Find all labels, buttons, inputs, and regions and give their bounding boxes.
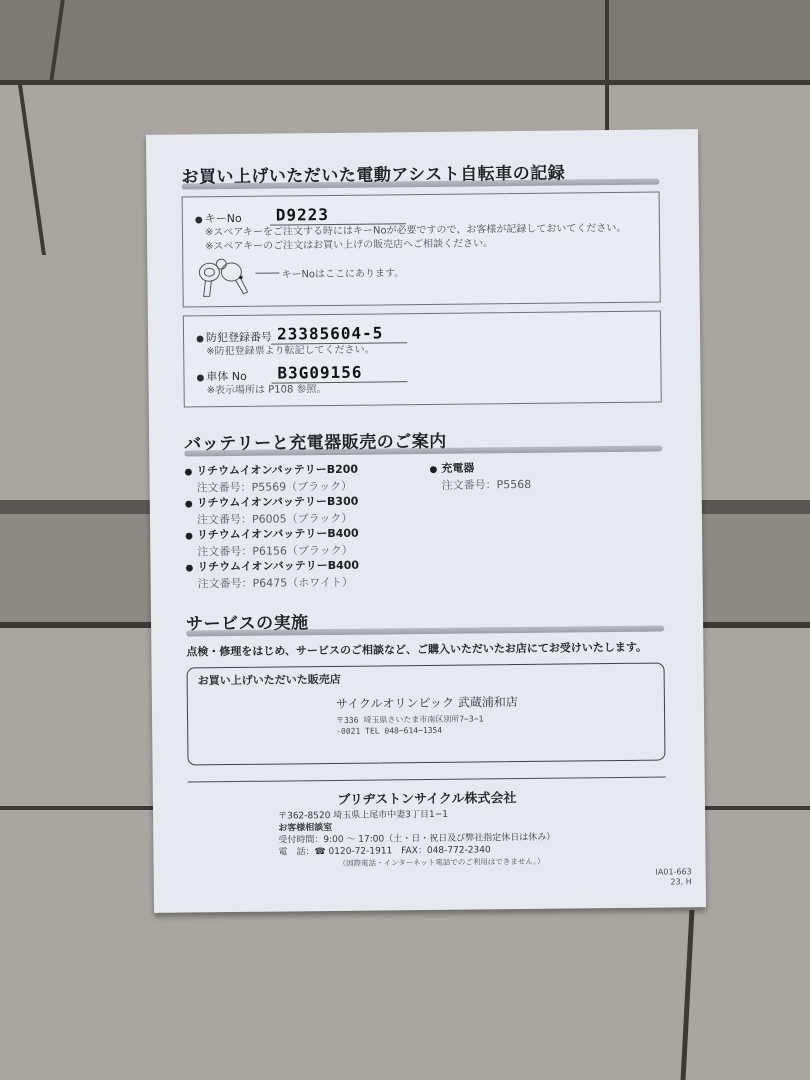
list-item: ●リチウムイオンバッテリーB400 注文番号：P6156（ブラック） [185, 525, 430, 560]
footer-divider [188, 777, 666, 783]
section-title-battery: バッテリーと充電器販売のご案内 [184, 425, 662, 458]
contact-info: 〒362-8520 埼玉県上尾市中妻3丁目1−1 お客様相談室 受付時間：9:0… [278, 807, 667, 871]
crime-registration-value: 23385604-5 [271, 324, 407, 344]
list-item: ●リチウムイオンバッテリーB300 注文番号：P6005（ブラック） [185, 493, 430, 528]
service-description: 点検・修理をはじめ、サービスのご相談など、ご購入いただいたお店にてお受けいたしま… [186, 639, 664, 660]
dealer-name-stamp: サイクルオリンピック 武蔵浦和店 [336, 693, 518, 712]
list-item: ●リチウムイオンバッテリーB400 注文番号：P6475（ホワイト） [185, 557, 430, 592]
battery-name: リチウムイオンバッテリーB300 [197, 495, 359, 510]
dealer-title: お買い上げいただいた販売店 [198, 668, 654, 689]
battery-name: リチウムイオンバッテリーB200 [196, 463, 358, 478]
charger-item: ●充電器 注文番号：P5568 [429, 460, 532, 589]
section-title-service: サービスの実施 [186, 605, 664, 638]
battery-name: リチウムイオンバッテリーB400 [197, 527, 359, 542]
document-code: IA01-663 23, H [655, 867, 691, 887]
battery-list: ●リチウムイオンバッテリーB200 注文番号：P5569（ブラック） ●リチウム… [184, 459, 663, 592]
section-title-record: お買い上げいただいた電動アシスト自転車の記録 [181, 158, 659, 191]
bullet-icon: ● [196, 373, 204, 383]
bullet-icon: ● [185, 531, 193, 541]
dealer-box: お買い上げいただいた販売店 サイクルオリンピック 武蔵浦和店 〒336 埼玉県さ… [187, 663, 666, 766]
key-number-box: ●キーNo D9223 ※スペアキーをご注文する時にはキーNoが必要ですので、お… [182, 192, 661, 308]
crime-registration-label: 防犯登録番号 [206, 331, 272, 345]
keys-illustration-icon [195, 258, 255, 299]
dealer-address-stamp: 〒336 埼玉県さいたま市南区別所7−3−1 -0021 TEL 048−614… [336, 713, 484, 737]
bullet-icon: ● [184, 467, 192, 477]
key-caption: キーNoはここにあります。 [281, 264, 404, 280]
frame-no-value: B3G09156 [271, 363, 407, 383]
bullet-icon: ● [196, 334, 204, 344]
document-sheet: お買い上げいただいた電動アシスト自転車の記録 ●キーNo D9223 ※スペアキ… [146, 129, 706, 913]
key-no-value: D9223 [270, 205, 406, 225]
registration-box: ●防犯登録番号 23385604-5 ※防犯登録票より転記してください。 ●車体… [183, 311, 662, 408]
key-no-label: キーNo [205, 212, 242, 225]
charger-order: 注文番号：P5568 [430, 477, 532, 493]
step-tile [0, 0, 810, 82]
grout-line [605, 0, 609, 135]
bullet-icon: ● [429, 465, 437, 475]
battery-order: 注文番号：P6475（ホワイト） [186, 574, 431, 592]
pointer-line [255, 272, 279, 273]
battery-name: リチウムイオンバッテリーB400 [197, 559, 359, 574]
bullet-icon: ● [185, 563, 193, 573]
company-name: ブリヂストンサイクル株式会社 [188, 786, 666, 810]
frame-no-label: 車体 No [206, 370, 247, 383]
bullet-icon: ● [185, 499, 193, 509]
list-item: ●リチウムイオンバッテリーB200 注文番号：P5569（ブラック） [184, 461, 429, 496]
charger-name: 充電器 [441, 461, 474, 474]
bullet-icon: ● [195, 215, 203, 225]
